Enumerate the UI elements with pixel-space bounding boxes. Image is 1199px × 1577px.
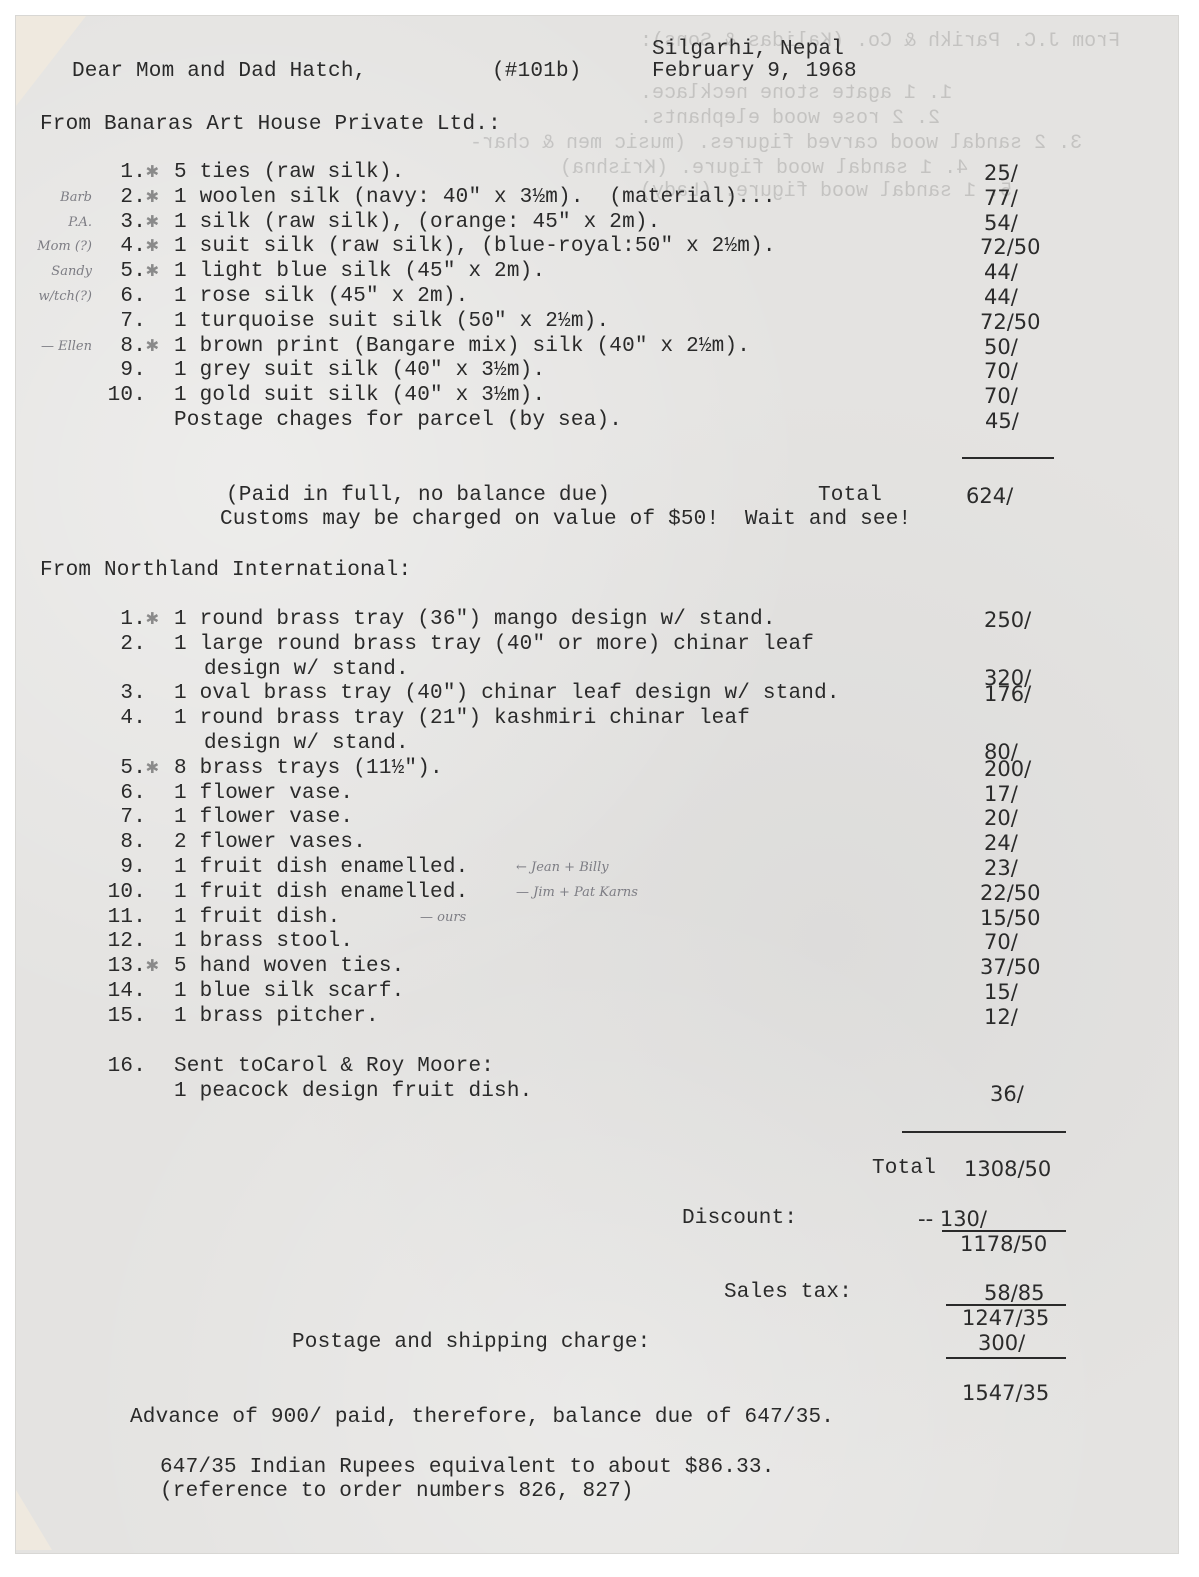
total-rule (962, 457, 1054, 459)
item16-line2: 1 peacock design fruit dish. (174, 1080, 532, 1104)
sales-tax-amount: 58/85 (984, 1281, 1045, 1305)
item-amount: 44/ (984, 260, 1018, 284)
item-number: 10. (96, 384, 146, 408)
item-description: 1 flower vase. (174, 782, 353, 806)
item-number: 9. (96, 359, 146, 383)
item16-amount: 36/ (990, 1082, 1024, 1106)
item-amount: 23/ (984, 856, 1018, 880)
item-description: 8 brass trays (11½"). (174, 757, 443, 781)
asterisk-mark-icon: ✱ (146, 161, 159, 185)
item-amount: 44/ (984, 285, 1018, 309)
summary-total-amount: 1308/50 (964, 1157, 1051, 1181)
item-amount: 70/ (984, 359, 1018, 383)
asterisk-mark-icon: ✱ (146, 211, 159, 235)
item-description: 1 round brass tray (21") kashmiri chinar… (174, 707, 750, 731)
item-description: 1 blue silk scarf. (174, 980, 404, 1004)
item-number: 8. (96, 831, 146, 855)
item-number: 2. (96, 633, 146, 657)
section-heading-banaras: From Banaras Art House Private Ltd.: (40, 113, 501, 137)
advance-note: Advance of 900/ paid, therefore, balance… (130, 1406, 834, 1430)
item-number: 10. (96, 881, 146, 905)
greeting: Dear Mom and Dad Hatch, (72, 60, 366, 84)
conversion-note: 647/35 Indian Rupees equivalent to about… (160, 1456, 775, 1480)
item-number: 14. (96, 980, 146, 1004)
bleed-through-text: 1. 1 agate stone necklace. (640, 82, 952, 106)
item-description: 1 gold suit silk (40" x 3½m). (174, 384, 545, 408)
letter-reference: (#101b) (492, 60, 582, 84)
item-number: 6. (96, 285, 146, 309)
item-amount: 22/50 (980, 881, 1041, 905)
item-amount: 70/ (984, 930, 1018, 954)
item-amount: 37/50 (980, 955, 1041, 979)
item-description: 1 oval brass tray (40") chinar leaf desi… (174, 682, 840, 706)
after-tax-amount: 1247/35 (962, 1306, 1049, 1330)
item-number: 1. (96, 608, 146, 632)
item-description: 1 grey suit silk (40" x 3½m). (174, 359, 545, 383)
asterisk-mark-icon: ✱ (146, 608, 159, 632)
item-description: 5 ties (raw silk). (174, 161, 404, 185)
discount-label: Discount: (682, 1207, 797, 1231)
summary-total-label: Total (872, 1157, 936, 1181)
item16-line1: Sent toCarol & Roy Moore: (174, 1055, 494, 1079)
after-discount-amount: 1178/50 (960, 1232, 1047, 1256)
bleed-through-text: 2. 2 rose wood elephants. (640, 107, 940, 131)
item-number: 7. (96, 806, 146, 830)
handwritten-note: — Jim + Pat Karns (516, 885, 638, 900)
item-number: 11. (96, 906, 146, 930)
item-number: 4. (96, 707, 146, 731)
item-number: 4. (96, 235, 146, 259)
handwritten-note: — Ellen (26, 339, 92, 354)
banaras-total-label: Total (818, 484, 882, 508)
handwritten-note: Sandy (26, 264, 92, 279)
banaras-postage-label: Postage chages for parcel (by sea). (174, 409, 622, 433)
item-description-continued: design w/ stand. (204, 658, 409, 682)
handwritten-note: w/tch(?) (26, 289, 92, 304)
handwritten-note: Barb (26, 190, 92, 205)
banaras-total-amount: 624/ (966, 484, 1013, 508)
asterisk-mark-icon: ✱ (146, 235, 159, 259)
item-amount: 176/ (984, 682, 1031, 706)
bleed-through-text: 3. 2 sandal wood carved figures. (music … (470, 132, 1082, 156)
item-description: 1 suit silk (raw silk), (blue-royal:50" … (174, 235, 776, 259)
item-number: 13. (96, 955, 146, 979)
postage-shipping-label: Postage and shipping charge: (292, 1331, 650, 1355)
summary-rule (902, 1131, 1066, 1133)
asterisk-mark-icon: ✱ (146, 955, 159, 979)
item-amount: 24/ (984, 831, 1018, 855)
item-amount: 54/ (984, 211, 1018, 235)
letter-location: Silgarhi, Nepal (652, 38, 844, 62)
item-amount: 200/ (984, 757, 1031, 781)
item-amount: 15/ (984, 980, 1018, 1004)
item-description: 1 light blue silk (45" x 2m). (174, 260, 545, 284)
item-description: 1 rose silk (45" x 2m). (174, 285, 468, 309)
item-number: 2. (96, 186, 146, 210)
item-number: 9. (96, 856, 146, 880)
item-description: 1 woolen silk (navy: 40" x 3½m). (materi… (174, 186, 776, 210)
item-number: 1. (96, 161, 146, 185)
item-amount: 50/ (984, 335, 1018, 359)
customs-note: Customs may be charged on value of $50! … (220, 508, 911, 532)
item-amount: 25/ (984, 161, 1018, 185)
postage-shipping-amount: 300/ (978, 1331, 1025, 1355)
item-description: 1 flower vase. (174, 806, 353, 830)
item-amount: 250/ (984, 608, 1031, 632)
section-heading-northland: From Northland International: (40, 559, 411, 583)
item-amount: 72/50 (980, 310, 1041, 334)
paid-note: (Paid in full, no balance due) (226, 484, 610, 508)
item-description: 1 fruit dish enamelled. (174, 856, 468, 880)
asterisk-mark-icon: ✱ (146, 260, 159, 284)
handwritten-note: — ours (420, 910, 466, 925)
item-description: 1 brown print (Bangare mix) silk (40" x … (174, 335, 750, 359)
item-number: 7. (96, 310, 146, 334)
grand-total-amount: 1547/35 (962, 1381, 1049, 1405)
item-amount: 77/ (984, 186, 1018, 210)
item-amount: 20/ (984, 806, 1018, 830)
item-amount: 70/ (984, 384, 1018, 408)
item-amount: 12/ (984, 1005, 1018, 1029)
item-description: 1 large round brass tray (40" or more) c… (174, 633, 814, 657)
sales-tax-label: Sales tax: (724, 1281, 852, 1305)
postage-rule (946, 1357, 1066, 1359)
item-number: 15. (96, 1005, 146, 1029)
handwritten-note: Mom (?) (26, 239, 92, 254)
banaras-postage-amount: 45/ (985, 409, 1019, 433)
item-number: 16. (96, 1055, 146, 1079)
letter-date: February 9, 1968 (652, 60, 857, 84)
item-number: 3. (96, 682, 146, 706)
item-description: 1 round brass tray (36") mango design w/… (174, 608, 776, 632)
reference-note: (reference to order numbers 826, 827) (160, 1480, 634, 1504)
discount-amount: -- 130/ (918, 1207, 987, 1231)
item-amount: 17/ (984, 782, 1018, 806)
paper-corner-fold (16, 1490, 52, 1550)
handwritten-note: ← Jean + Billy (516, 860, 609, 875)
item-description: 1 silk (raw silk), (orange: 45" x 2m). (174, 211, 660, 235)
item-description-continued: design w/ stand. (204, 732, 409, 756)
item-description: 2 flower vases. (174, 831, 366, 855)
asterisk-mark-icon: ✱ (146, 757, 159, 781)
item-description: 1 brass stool. (174, 930, 353, 954)
item-number: 5. (96, 757, 146, 781)
item-number: 12. (96, 930, 146, 954)
item-amount: 15/50 (980, 906, 1041, 930)
item-description: 1 fruit dish. (174, 906, 340, 930)
asterisk-mark-icon: ✱ (146, 335, 159, 359)
item-number: 5. (96, 260, 146, 284)
handwritten-note: P.A. (26, 215, 92, 230)
item-number: 8. (96, 335, 146, 359)
item-number: 3. (96, 211, 146, 235)
item-number: 6. (96, 782, 146, 806)
item-description: 5 hand woven ties. (174, 955, 404, 979)
item-description: 1 fruit dish enamelled. (174, 881, 468, 905)
item-amount: 72/50 (980, 235, 1041, 259)
item-description: 1 turquoise suit silk (50" x 2½m). (174, 310, 609, 334)
bleed-through-text: 4. 1 sandal wood figure. (Krishna) (560, 157, 968, 181)
item-description: 1 brass pitcher. (174, 1005, 379, 1029)
asterisk-mark-icon: ✱ (146, 186, 159, 210)
